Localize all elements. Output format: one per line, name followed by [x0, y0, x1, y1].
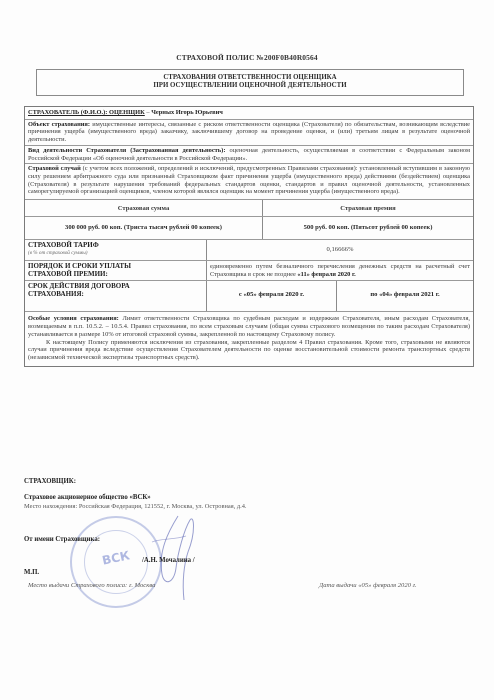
insured-event-row: Страховой случай (с учетом всех положени… — [25, 164, 473, 200]
special-conditions-text2: К настоящему Полису применяются исключен… — [28, 339, 470, 362]
policy-terms-table: СТРАХОВАТЕЛЬ (Ф.И.О.): ОЦЕНЩИК – Черных … — [24, 106, 474, 367]
insurance-type-line2: ПРИ ОСУЩЕСТВЛЕНИИ ОЦЕНОЧНОЙ ДЕЯТЕЛЬНОСТИ — [37, 82, 463, 90]
amounts-header-row: Страховая сумма Страховая премия — [25, 200, 473, 217]
insurer-label: СТРАХОВЩИК: — [24, 478, 76, 486]
insured-row: СТРАХОВАТЕЛЬ (Ф.И.О.): ОЦЕНЩИК – Черных … — [25, 107, 473, 120]
payment-row: ПОРЯДОК И СРОКИ УПЛАТЫ СТРАХОВОЙ ПРЕМИИ:… — [25, 261, 473, 281]
amounts-value-row: 300 000 руб. 00 коп. (Триста тысяч рубле… — [25, 217, 473, 240]
term-label-line2: СТРАХОВАНИЯ: — [28, 291, 203, 299]
activity-label: Вид деятельности Страхователя (Застрахов… — [28, 147, 225, 154]
on-behalf-label: От имени Страховщика: — [24, 536, 100, 544]
insured-name: Черных Игорь Юрьевич — [151, 109, 223, 116]
insurer-address: Место нахождения: Российская Федерация, … — [24, 503, 247, 511]
object-text: имущественные интересы, связанные с риск… — [28, 121, 470, 143]
payment-label-line2: СТРАХОВОЙ ПРЕМИИ: — [28, 271, 203, 279]
policy-title: СТРАХОВОЙ ПОЛИС №200F0B40R0564 — [0, 53, 494, 62]
tariff-label: СТРАХОВОЙ ТАРИФ — [28, 242, 203, 250]
premium-header: Страховая премия — [263, 200, 473, 216]
issue-place: Место выдачи Страхового полиса: г. Москв… — [28, 582, 155, 589]
signer-name: /А.Н. Мочалина / — [142, 557, 195, 565]
term-label-cell: СРОК ДЕЙСТВИЯ ДОГОВОРА СТРАХОВАНИЯ: — [25, 281, 207, 311]
tariff-sublabel: (в % от страховой суммы) — [28, 250, 203, 258]
insured-label: СТРАХОВАТЕЛЬ (Ф.И.О.): ОЦЕНЩИК — [28, 109, 145, 116]
tariff-row: СТРАХОВОЙ ТАРИФ (в % от страховой суммы)… — [25, 240, 473, 261]
payment-label-cell: ПОРЯДОК И СРОКИ УПЛАТЫ СТРАХОВОЙ ПРЕМИИ: — [25, 261, 207, 280]
tariff-value: 0,16666% — [207, 240, 473, 260]
tariff-label-cell: СТРАХОВОЙ ТАРИФ (в % от страховой суммы) — [25, 240, 207, 260]
payment-deadline: «11» февраля 2020 г. — [297, 271, 355, 278]
insurer-name: Страховое акционерное общество «ВСК» — [24, 494, 151, 502]
issue-date: Дата выдачи «05» февраля 2020 г. — [319, 582, 417, 589]
policy-page: СТРАХОВОЙ ПОЛИС №200F0B40R0564 СТРАХОВАН… — [0, 0, 494, 700]
object-label: Объект страхования: — [28, 121, 90, 128]
payment-text-cell: единовременно путем безналичного перечис… — [207, 261, 473, 280]
premium-value: 500 руб. 00 коп. (Пятьсот рублей 00 копе… — [263, 217, 473, 239]
special-conditions-row: Особые условия страхования: Лимит ответс… — [25, 312, 473, 365]
insurance-type-box: СТРАХОВАНИЯ ОТВЕТСТВЕННОСТИ ОЦЕНЩИКА ПРИ… — [36, 69, 464, 96]
sum-header: Страховая сумма — [25, 200, 263, 216]
term-to: по «04» февраля 2021 г. — [337, 281, 473, 311]
insured-event-text: (с учетом всех положений, определений и … — [28, 165, 470, 195]
term-from: с «05» февраля 2020 г. — [207, 281, 337, 311]
object-row: Объект страхования: имущественные интере… — [25, 120, 473, 146]
sum-value: 300 000 руб. 00 коп. (Триста тысяч рубле… — [25, 217, 263, 239]
special-conditions-label: Особые условия страхования: — [28, 315, 119, 322]
seal-mark: М.П. — [24, 569, 39, 577]
term-row: СРОК ДЕЙСТВИЯ ДОГОВОРА СТРАХОВАНИЯ: с «0… — [25, 281, 473, 312]
activity-row: Вид деятельности Страхователя (Застрахов… — [25, 146, 473, 164]
insured-event-label: Страховой случай — [28, 165, 81, 172]
